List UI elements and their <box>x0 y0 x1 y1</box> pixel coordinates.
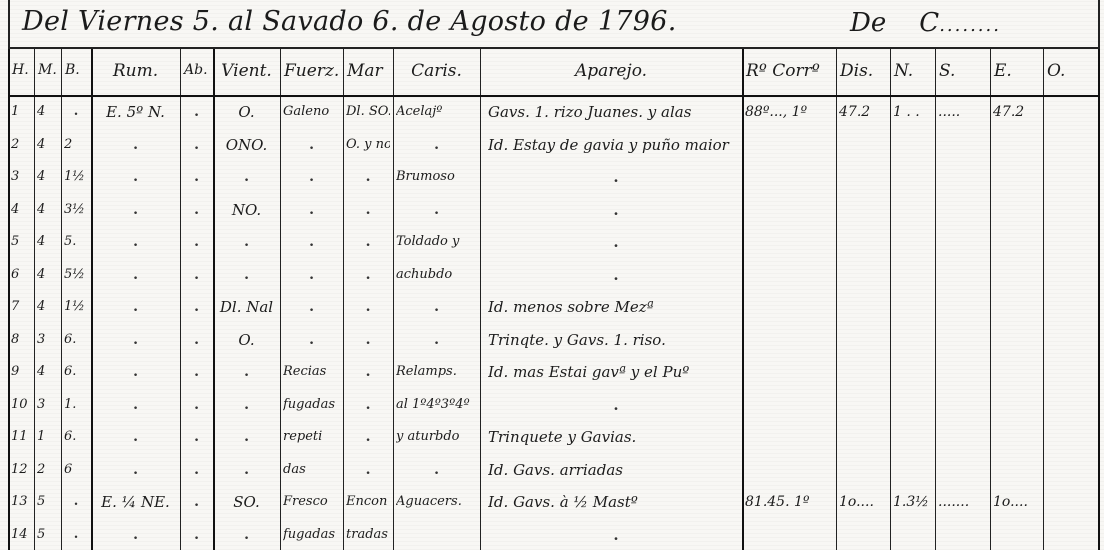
cell-fuerza: Galeno <box>283 105 340 118</box>
cell-aparejo: Trinqte. y Gavs. 1. riso. <box>488 333 744 348</box>
cell-mar: . <box>346 430 390 444</box>
cell-fuerza: repeti <box>283 430 340 443</box>
cell-brazas: 6 <box>64 463 88 476</box>
cell-aparejo: . <box>488 268 744 283</box>
cell-viento: ONO. <box>216 138 277 153</box>
cell-hora: 8 <box>11 333 31 346</box>
title-row: Del Viernes 5. al Savado 6. de Agosto de… <box>8 0 1100 48</box>
cell-viento: NO. <box>216 203 277 218</box>
column-header-oeste: O. <box>1047 63 1096 80</box>
column-header-norte: N. <box>894 63 931 80</box>
cell-brazas: 3½ <box>64 203 88 216</box>
cell-rumbo_corr: 88º..., 1º <box>745 105 833 119</box>
cell-millas: 3 <box>37 333 58 346</box>
cell-brazas: 6. <box>64 365 88 378</box>
cell-cariz: achubdo <box>396 268 477 281</box>
cell-fuerza: . <box>283 203 340 217</box>
cell-abatimiento: . <box>183 105 210 119</box>
cell-viento: Dl. Nal <box>216 300 277 315</box>
cell-hora: 12 <box>11 463 31 476</box>
cell-mar: . <box>346 398 390 412</box>
cell-cariz: Toldado y <box>396 235 477 248</box>
cell-rumbo: . <box>94 203 177 217</box>
cell-brazas: 1½ <box>64 300 88 313</box>
cell-cariz: Relamps. <box>396 365 477 378</box>
title-right: De C........ <box>850 8 1001 38</box>
cell-millas: 1 <box>37 430 58 443</box>
cell-aparejo: Id. Estay de gavia y puño maior <box>488 138 744 153</box>
cell-viento: . <box>216 365 277 379</box>
cell-aparejo: . <box>488 235 744 250</box>
cell-sur: ..... <box>938 105 987 119</box>
cell-brazas: 1. <box>64 398 88 411</box>
column-divider <box>393 49 394 550</box>
cell-aparejo: . <box>488 203 744 218</box>
cell-hora: 6 <box>11 268 31 281</box>
cell-cariz: . <box>396 463 477 477</box>
cell-aparejo: Trinquete y Gavias. <box>488 430 744 445</box>
cell-fuerza: . <box>283 235 340 249</box>
cell-rumbo: . <box>94 138 177 152</box>
cell-rumbo: . <box>94 398 177 412</box>
cell-abatimiento: . <box>183 268 210 282</box>
column-header-rumbo_corr: Rº Corrº <box>746 63 832 80</box>
cell-viento: . <box>216 398 277 412</box>
cell-abatimiento: . <box>183 138 210 152</box>
title-right-label: De <box>850 8 886 38</box>
cell-viento: . <box>216 268 277 282</box>
column-header-rumbo: Rum. <box>95 63 176 80</box>
cell-aparejo: . <box>488 170 744 185</box>
cell-viento: SO. <box>216 495 277 510</box>
cell-millas: 4 <box>37 105 58 118</box>
cell-brazas: 6. <box>64 333 88 346</box>
cell-millas: 5 <box>37 495 58 508</box>
column-divider <box>213 49 215 550</box>
cell-hora: 7 <box>11 300 31 313</box>
cell-abatimiento: . <box>183 333 210 347</box>
cell-aparejo: Id. menos sobre Mezª <box>488 300 744 315</box>
cell-cariz: . <box>396 300 477 314</box>
cell-abatimiento: . <box>183 528 210 542</box>
logbook-page: Del Viernes 5. al Savado 6. de Agosto de… <box>0 0 1104 550</box>
cell-viento: . <box>216 463 277 477</box>
cell-millas: 4 <box>37 138 58 151</box>
column-header-este: E. <box>994 63 1039 80</box>
cell-fuerza: . <box>283 138 340 152</box>
cell-mar: Dl. SO. <box>346 105 390 118</box>
cell-millas: 4 <box>37 170 58 183</box>
cell-millas: 4 <box>37 235 58 248</box>
cell-abatimiento: . <box>183 365 210 379</box>
cell-hora: 11 <box>11 430 31 443</box>
cell-aparejo: Id. Gavs. à ½ Mastº <box>488 495 744 510</box>
cell-distancia: 47.2 <box>839 105 887 119</box>
cell-hora: 14 <box>11 528 31 541</box>
cell-brazas: . <box>64 495 88 508</box>
cell-viento: . <box>216 235 277 249</box>
cell-fuerza: Recias <box>283 365 340 378</box>
column-header-sur: S. <box>939 63 986 80</box>
cell-mar: tradas <box>346 528 390 541</box>
column-header-mar: Mar <box>347 63 389 80</box>
cell-rumbo_corr: 81.45. 1º <box>745 495 833 509</box>
cell-rumbo: . <box>94 268 177 282</box>
column-divider <box>480 49 481 550</box>
cell-aparejo: Gavs. 1. rizo Juanes. y alas <box>488 105 744 120</box>
column-divider <box>836 49 837 550</box>
cell-cariz: Brumoso <box>396 170 477 183</box>
header-divider <box>8 95 1100 97</box>
cell-mar: O. y no <box>346 138 390 151</box>
cell-brazas: 1½ <box>64 170 88 183</box>
cell-viento: O. <box>216 105 277 120</box>
cell-rumbo: . <box>94 170 177 184</box>
cell-viento: . <box>216 528 277 542</box>
column-divider <box>91 49 93 550</box>
cell-distancia: 1o.... <box>839 495 887 509</box>
cell-millas: 4 <box>37 300 58 313</box>
cell-brazas: 6. <box>64 430 88 443</box>
cell-mar: Encon <box>346 495 390 508</box>
cell-viento: . <box>216 430 277 444</box>
title-right-dots: ........ <box>939 15 1001 36</box>
page-title: Del Viernes 5. al Savado 6. de Agosto de… <box>22 6 677 37</box>
cell-mar: . <box>346 300 390 314</box>
cell-abatimiento: . <box>183 170 210 184</box>
cell-hora: 3 <box>11 170 31 183</box>
cell-brazas: 5½ <box>64 268 88 281</box>
column-divider <box>280 49 281 550</box>
column-divider <box>343 49 344 550</box>
column-header-abatimiento: Ab. <box>184 63 209 77</box>
cell-norte: 1.3½ <box>893 495 932 509</box>
cell-rumbo: E. ¼ NE. <box>94 495 177 510</box>
cell-viento: . <box>216 170 277 184</box>
cell-hora: 9 <box>11 365 31 378</box>
cell-cariz: Acelajº <box>396 105 477 118</box>
cell-hora: 13 <box>11 495 31 508</box>
cell-abatimiento: . <box>183 463 210 477</box>
cell-abatimiento: . <box>183 235 210 249</box>
cell-brazas: . <box>64 105 88 118</box>
column-header-viento: Vient. <box>217 63 276 80</box>
cell-abatimiento: . <box>183 430 210 444</box>
cell-millas: 4 <box>37 365 58 378</box>
cell-mar: . <box>346 365 390 379</box>
cell-rumbo: . <box>94 528 177 542</box>
cell-cariz: Aguacers. <box>396 495 477 508</box>
cell-fuerza: . <box>283 300 340 314</box>
cell-cariz: y aturbdo <box>396 430 477 443</box>
cell-mar: . <box>346 333 390 347</box>
cell-hora: 5 <box>11 235 31 248</box>
cell-rumbo: . <box>94 463 177 477</box>
cell-norte: 1 . . <box>893 105 932 119</box>
cell-aparejo: . <box>488 398 744 413</box>
cell-rumbo: . <box>94 430 177 444</box>
cell-fuerza: . <box>283 333 340 347</box>
cell-mar: . <box>346 203 390 217</box>
cell-fuerza: Fresco <box>283 495 340 508</box>
column-header-millas: M. <box>38 63 57 77</box>
column-header-distancia: Dis. <box>840 63 886 80</box>
cell-sur: ....... <box>938 495 987 509</box>
cell-rumbo: . <box>94 300 177 314</box>
cell-viento: O. <box>216 333 277 348</box>
cell-cariz: al 1º4º3º4º <box>396 398 477 411</box>
cell-abatimiento: . <box>183 398 210 412</box>
cell-mar: . <box>346 170 390 184</box>
cell-millas: 2 <box>37 463 58 476</box>
column-header-hora: H. <box>12 63 30 77</box>
cell-abatimiento: . <box>183 300 210 314</box>
column-header-fuerza: Fuerz. <box>284 63 339 80</box>
cell-fuerza: . <box>283 170 340 184</box>
cell-fuerza: das <box>283 463 340 476</box>
column-divider <box>61 49 62 550</box>
cell-rumbo: . <box>94 235 177 249</box>
cell-fuerza: fugadas <box>283 528 340 541</box>
cell-millas: 4 <box>37 203 58 216</box>
column-header-aparejo: Aparejo. <box>484 63 738 80</box>
cell-rumbo: . <box>94 365 177 379</box>
column-divider <box>34 49 35 550</box>
cell-millas: 3 <box>37 398 58 411</box>
cell-rumbo: E. 5º N. <box>94 105 177 120</box>
column-divider <box>990 49 991 550</box>
log-table: H.M.B.Rum.Ab.Vient.Fuerz.MarCaris.Aparej… <box>8 49 1100 550</box>
column-divider <box>180 49 181 550</box>
column-divider <box>8 49 10 550</box>
cell-millas: 5 <box>37 528 58 541</box>
cell-este: 47.2 <box>993 105 1040 119</box>
cell-aparejo: . <box>488 528 744 543</box>
column-divider <box>890 49 891 550</box>
column-divider <box>1098 49 1100 550</box>
cell-fuerza: fugadas <box>283 398 340 411</box>
cell-cariz: . <box>396 138 477 152</box>
cell-cariz: . <box>396 333 477 347</box>
cell-hora: 2 <box>11 138 31 151</box>
cell-aparejo: Id. Gavs. arriadas <box>488 463 744 478</box>
cell-hora: 1 <box>11 105 31 118</box>
cell-millas: 4 <box>37 268 58 281</box>
cell-hora: 10 <box>11 398 31 411</box>
cell-brazas: 5. <box>64 235 88 248</box>
cell-mar: . <box>346 268 390 282</box>
cell-hora: 4 <box>11 203 31 216</box>
cell-aparejo: Id. mas Estai gavª y el Puº <box>488 365 744 380</box>
cell-cariz: . <box>396 203 477 217</box>
cell-abatimiento: . <box>183 203 210 217</box>
column-divider <box>935 49 936 550</box>
column-divider <box>1043 49 1044 550</box>
cell-mar: . <box>346 235 390 249</box>
cell-rumbo: . <box>94 333 177 347</box>
cell-abatimiento: . <box>183 495 210 509</box>
column-header-cariz: Caris. <box>397 63 476 80</box>
cell-este: 1o.... <box>993 495 1040 509</box>
cell-brazas: . <box>64 528 88 541</box>
cell-fuerza: . <box>283 268 340 282</box>
cell-brazas: 2 <box>64 138 88 151</box>
title-right-letter: C <box>919 8 939 38</box>
column-header-brazas: B. <box>65 63 87 77</box>
cell-mar: . <box>346 463 390 477</box>
